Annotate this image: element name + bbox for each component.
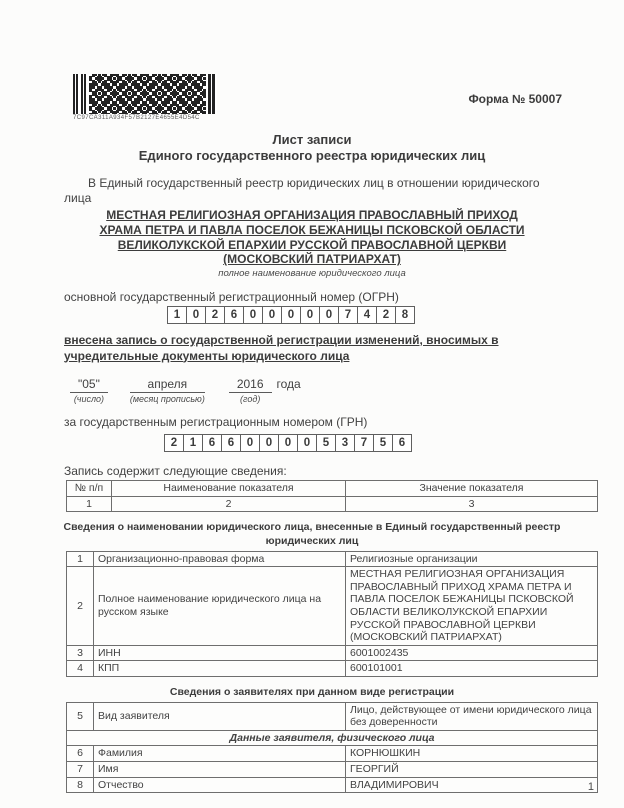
barcode-2d-icon	[73, 74, 217, 114]
indicators-header-table: № п/п Наименование показателя Значение п…	[66, 480, 598, 512]
table-row: 6 Фамилия КОРНЮШКИН	[67, 746, 598, 762]
grn-label: за государственным регистрационным номер…	[64, 415, 624, 429]
registration-date: "05" (число) апреля (месяц прописью) 201…	[70, 377, 624, 404]
digit-cell: 2	[164, 434, 184, 452]
table-row: 7 Имя ГЕОРГИЙ	[67, 761, 598, 777]
organization-name-line: ВЕЛИКОЛУКСКОЙ ЕПАРХИИ РУССКОЙ ПРАВОСЛАВН…	[26, 238, 598, 253]
barcode-matrix	[89, 74, 206, 114]
row-num: 3	[67, 645, 94, 661]
row-value: Религиозные организации	[346, 551, 598, 567]
row-name: ИНН	[94, 645, 346, 661]
section1-title: Сведения о наименовании юридического лиц…	[40, 521, 584, 548]
row-value: ГЕОРГИЙ	[346, 761, 598, 777]
date-day-field: "05" (число)	[70, 377, 108, 404]
digit-cell: 7	[338, 306, 358, 324]
organization-name: МЕСТНАЯ РЕЛИГИОЗНАЯ ОРГАНИЗАЦИЯ ПРАВОСЛА…	[26, 208, 598, 267]
date-year-value: 2016	[229, 377, 272, 393]
digit-cell: 6	[221, 434, 241, 452]
table-row: 1 Организационно-правовая форма Религиоз…	[67, 551, 598, 567]
table-row: 2 Полное наименование юридического лица …	[67, 567, 598, 646]
digit-cell: 0	[243, 306, 263, 324]
row-value: КОРНЮШКИН	[346, 746, 598, 762]
digit-cell: 0	[186, 306, 206, 324]
organization-name-line: ХРАМА ПЕТРА И ПАВЛА ПОСЕЛОК БЕЖАНИЦЫ ПСК…	[26, 223, 598, 238]
document-title-line1: Лист записи	[0, 132, 624, 148]
date-year-field: 2016 (год)	[229, 377, 272, 404]
digit-cell: 1	[183, 434, 203, 452]
registration-statement-line2: учредительные документы юридического лиц…	[64, 349, 564, 365]
digit-cell: 0	[319, 306, 339, 324]
table-row: 4 КПП 600101001	[67, 661, 598, 677]
row-num: 6	[67, 746, 94, 762]
date-month-value: апреля	[130, 377, 205, 393]
digit-cell: 6	[392, 434, 412, 452]
digit-cell: 0	[281, 306, 301, 324]
row-num: 5	[67, 702, 94, 730]
row-name: Отчество	[94, 777, 346, 793]
barcode-text: 7C97CA311A934F57B2127E4655E4D54C	[73, 115, 217, 121]
section2-table: 5 Вид заявителя Лицо, действующее от име…	[66, 702, 598, 794]
date-month-field: апреля (месяц прописью)	[130, 377, 205, 404]
record-contains-label: Запись содержит следующие сведения:	[64, 464, 624, 478]
document-page: 7C97CA311A934F57B2127E4655E4D54C Форма №…	[0, 0, 624, 808]
row-num: 7	[67, 761, 94, 777]
table-row: 5 Вид заявителя Лицо, действующее от име…	[67, 702, 598, 730]
barcode-block: 7C97CA311A934F57B2127E4655E4D54C	[73, 74, 217, 121]
applicant-data-subheader: Данные заявителя, физического лица	[67, 730, 598, 746]
digit-cell: 6	[224, 306, 244, 324]
digit-cell: 0	[240, 434, 260, 452]
row-value: Лицо, действующее от имени юридического …	[346, 702, 598, 730]
row-num: 8	[67, 777, 94, 793]
row-name: Фамилия	[94, 746, 346, 762]
organization-name-caption: полное наименование юридического лица	[0, 268, 624, 279]
ogrn-label: основной государственный регистрационный…	[64, 290, 624, 304]
organization-name-line: (МОСКОВСКИЙ ПАТРИАРХАТ)	[26, 252, 598, 267]
digit-cell: 3	[335, 434, 355, 452]
table-row: 8 Отчество ВЛАДИМИРОВИЧ	[67, 777, 598, 793]
row-value: 600101001	[346, 661, 598, 677]
digit-cell: 0	[297, 434, 317, 452]
document-title: Лист записи Единого государственного рее…	[0, 132, 624, 164]
digit-cell: 4	[357, 306, 377, 324]
digit-cell: 1	[167, 306, 187, 324]
digit-cell: 5	[316, 434, 336, 452]
date-day-caption: (число)	[70, 393, 108, 404]
row-value: ВЛАДИМИРОВИЧ	[346, 777, 598, 793]
grn-digit-boxes: 2166000053756	[165, 434, 624, 452]
registration-statement-line1: внесена запись о государственной регистр…	[64, 333, 564, 349]
row-name: Полное наименование юридического лица на…	[94, 567, 346, 646]
row-name: Имя	[94, 761, 346, 777]
date-year-caption: (год)	[229, 393, 272, 404]
row-name: КПП	[94, 661, 346, 677]
header-cell-value: Значение показателя	[346, 481, 598, 497]
digit-cell: 2	[205, 306, 225, 324]
index-cell: 2	[112, 496, 346, 512]
header-cell-name: Наименование показателя	[112, 481, 346, 497]
row-name: Организационно-правовая форма	[94, 551, 346, 567]
table-row: 3 ИНН 6001002435	[67, 645, 598, 661]
date-year-suffix: года	[272, 377, 301, 392]
digit-cell: 8	[395, 306, 415, 324]
organization-name-line: МЕСТНАЯ РЕЛИГИОЗНАЯ ОРГАНИЗАЦИЯ ПРАВОСЛА…	[26, 208, 598, 223]
barcode-left-bars	[73, 74, 89, 114]
section2-title: Сведения о заявителях при данном виде ре…	[40, 686, 584, 700]
digit-cell: 0	[259, 434, 279, 452]
ogrn-digit-boxes: 1026000007428	[168, 306, 624, 324]
digit-cell: 0	[262, 306, 282, 324]
digit-cell: 0	[300, 306, 320, 324]
digit-cell: 7	[354, 434, 374, 452]
row-value: МЕСТНАЯ РЕЛИГИОЗНАЯ ОРГАНИЗАЦИЯ ПРАВОСЛА…	[346, 567, 598, 646]
index-cell: 3	[346, 496, 598, 512]
table-index-row: 1 2 3	[67, 496, 598, 512]
row-num: 4	[67, 661, 94, 677]
row-num: 2	[67, 567, 94, 646]
row-num: 1	[67, 551, 94, 567]
index-cell: 1	[67, 496, 112, 512]
section1-table: 1 Организационно-правовая форма Религиоз…	[66, 551, 598, 677]
row-value: 6001002435	[346, 645, 598, 661]
digit-cell: 5	[373, 434, 393, 452]
barcode-right-bars	[206, 74, 217, 114]
table-subheader-row: Данные заявителя, физического лица	[67, 730, 598, 746]
table-header-row: № п/п Наименование показателя Значение п…	[67, 481, 598, 497]
intro-paragraph: В Единый государственный реестр юридичес…	[64, 176, 566, 207]
form-number-label: Форма № 50007	[468, 74, 562, 106]
digit-cell: 6	[202, 434, 222, 452]
page-number: 1	[588, 781, 594, 793]
document-title-line2: Единого государственного реестра юридиче…	[0, 148, 624, 164]
document-header: 7C97CA311A934F57B2127E4655E4D54C Форма №…	[0, 0, 624, 121]
row-name: Вид заявителя	[94, 702, 346, 730]
date-day-value: "05"	[70, 377, 108, 393]
registration-statement: внесена запись о государственной регистр…	[64, 333, 564, 364]
date-month-caption: (месяц прописью)	[130, 393, 205, 404]
digit-cell: 0	[278, 434, 298, 452]
digit-cell: 2	[376, 306, 396, 324]
header-cell-num: № п/п	[67, 481, 112, 497]
